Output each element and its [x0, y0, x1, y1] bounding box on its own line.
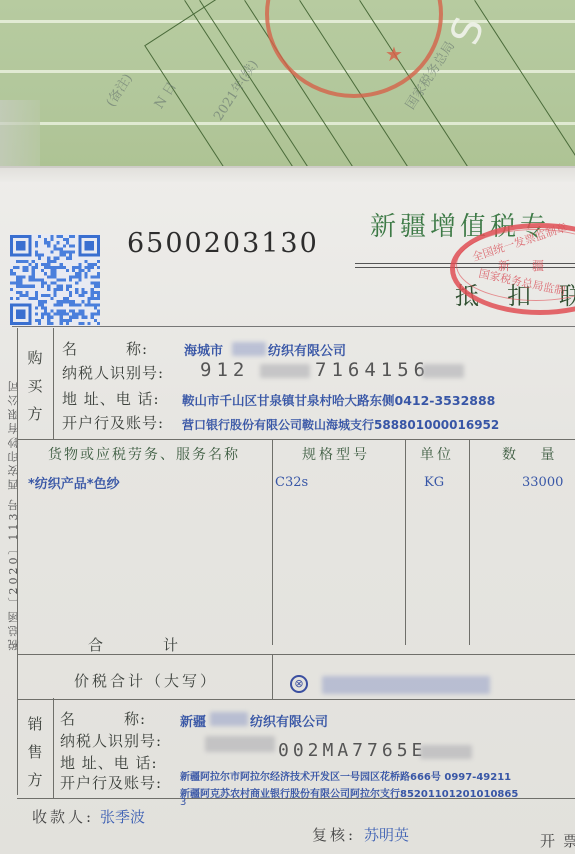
buyer-taxid-prefix: 912: [200, 359, 249, 381]
col-header-unit: 单位: [420, 444, 454, 464]
seller-taxid-suffix: 002MA7765E: [278, 740, 426, 761]
buyer-address-label: 地 址、电 话:: [62, 388, 160, 409]
buyer-name-suffix: 纺织有限公司: [268, 340, 346, 359]
redacted: [260, 364, 310, 378]
paper-edge: [0, 168, 575, 182]
buyer-taxid-suffix: 7164156: [315, 359, 430, 381]
table-border: [17, 328, 18, 795]
payee-label: 收款人:: [32, 806, 94, 827]
item-quantity: 33000: [522, 475, 563, 490]
header-rule: [12, 326, 575, 327]
seller-bank-value: 新疆阿克苏农村商业银行股份有限公司阿拉尔支行85201101201010865: [180, 785, 518, 800]
table-line: [474, 0, 575, 160]
buyer-name-label: 名 称:: [62, 338, 148, 359]
table-border: [17, 439, 575, 440]
payee-value: 张季波: [100, 806, 145, 827]
reviewer-label: 复核:: [312, 824, 356, 845]
table-border: [53, 328, 54, 440]
stamp-star-icon: ★: [385, 42, 403, 66]
invoice-code: 6500203130: [127, 228, 319, 259]
invoice-paper: 6500203130 新疆增值税专 抵扣联 全国统一发票监制章 新疆 国家税务总…: [0, 166, 575, 854]
seller-address-value: 新疆阿拉尔市阿拉尔经济技术开发区一号园区花桥路666号 0997-49211: [180, 768, 511, 783]
redacted: [422, 364, 464, 378]
buyer-bank-label: 开户行及账号:: [62, 412, 164, 433]
total-label: 合 计: [88, 634, 178, 655]
table-border: [272, 439, 273, 645]
buyer-taxid-label: 纳税人识别号:: [62, 362, 164, 383]
faint-text: N 日: [149, 77, 180, 111]
col-header-name: 货物或应税劳务、服务名称: [48, 444, 240, 464]
buyer-bank-value: 营口银行股份有限公司鞍山海城支行588801000016952: [182, 416, 499, 433]
issuer-label: 开票: [540, 830, 575, 851]
faint-text: (备注): [100, 69, 136, 110]
qr-code: [10, 234, 100, 326]
seller-bank-label: 开户行及账号:: [60, 772, 162, 793]
paper-shadow: [0, 100, 40, 170]
printer-note: 税总函〔2020〕113号 西安印钞有限公司: [6, 378, 22, 651]
redacted-amount: [322, 676, 490, 694]
col-header-spec: 规格型号: [302, 444, 370, 464]
redacted: [232, 342, 266, 356]
table-border: [405, 439, 406, 645]
redacted: [205, 736, 275, 752]
seller-side-label: 销售方: [26, 710, 44, 794]
redacted: [420, 745, 472, 759]
seller-name-label: 名 称:: [60, 708, 146, 729]
reviewer-value: 苏明英: [364, 824, 409, 845]
seller-name-suffix: 纺织有限公司: [250, 711, 328, 730]
background-invoice-sheet: ★ (备注) N 日 2021年(续) 国家税务总局 S: [0, 0, 575, 168]
total-symbol-icon: ⊗: [290, 675, 308, 693]
seller-address-label: 地 址、电 话:: [60, 752, 158, 773]
buyer-address-value: 鞍山市千山区甘泉镇甘泉村哈大路东侧0412-3532888: [182, 391, 495, 409]
table-border: [469, 439, 470, 645]
seller-name-prefix: 新疆: [180, 711, 206, 730]
total-with-tax-label: 价税合计（大写）: [74, 670, 218, 691]
buyer-side-label: 购买方: [26, 344, 44, 428]
seller-taxid-label: 纳税人识别号:: [60, 730, 162, 751]
glare-line: [0, 122, 575, 125]
col-header-qty: 数 量: [502, 444, 564, 464]
item-spec: C32s: [275, 475, 308, 490]
table-border: [53, 698, 54, 798]
seller-side-text: 销售方: [27, 715, 42, 789]
item-unit: KG: [424, 475, 444, 490]
buyer-name-prefix: 海城市: [184, 340, 223, 359]
buyer-side-text: 购买方: [27, 349, 42, 423]
table-border: [272, 654, 273, 700]
faint-text: 2021年(续): [208, 55, 262, 123]
table-border: [17, 699, 575, 700]
redacted: [210, 712, 248, 726]
seller-bank-wrap: 3: [180, 797, 186, 808]
item-name: *纺织产品*色纱: [28, 473, 120, 492]
